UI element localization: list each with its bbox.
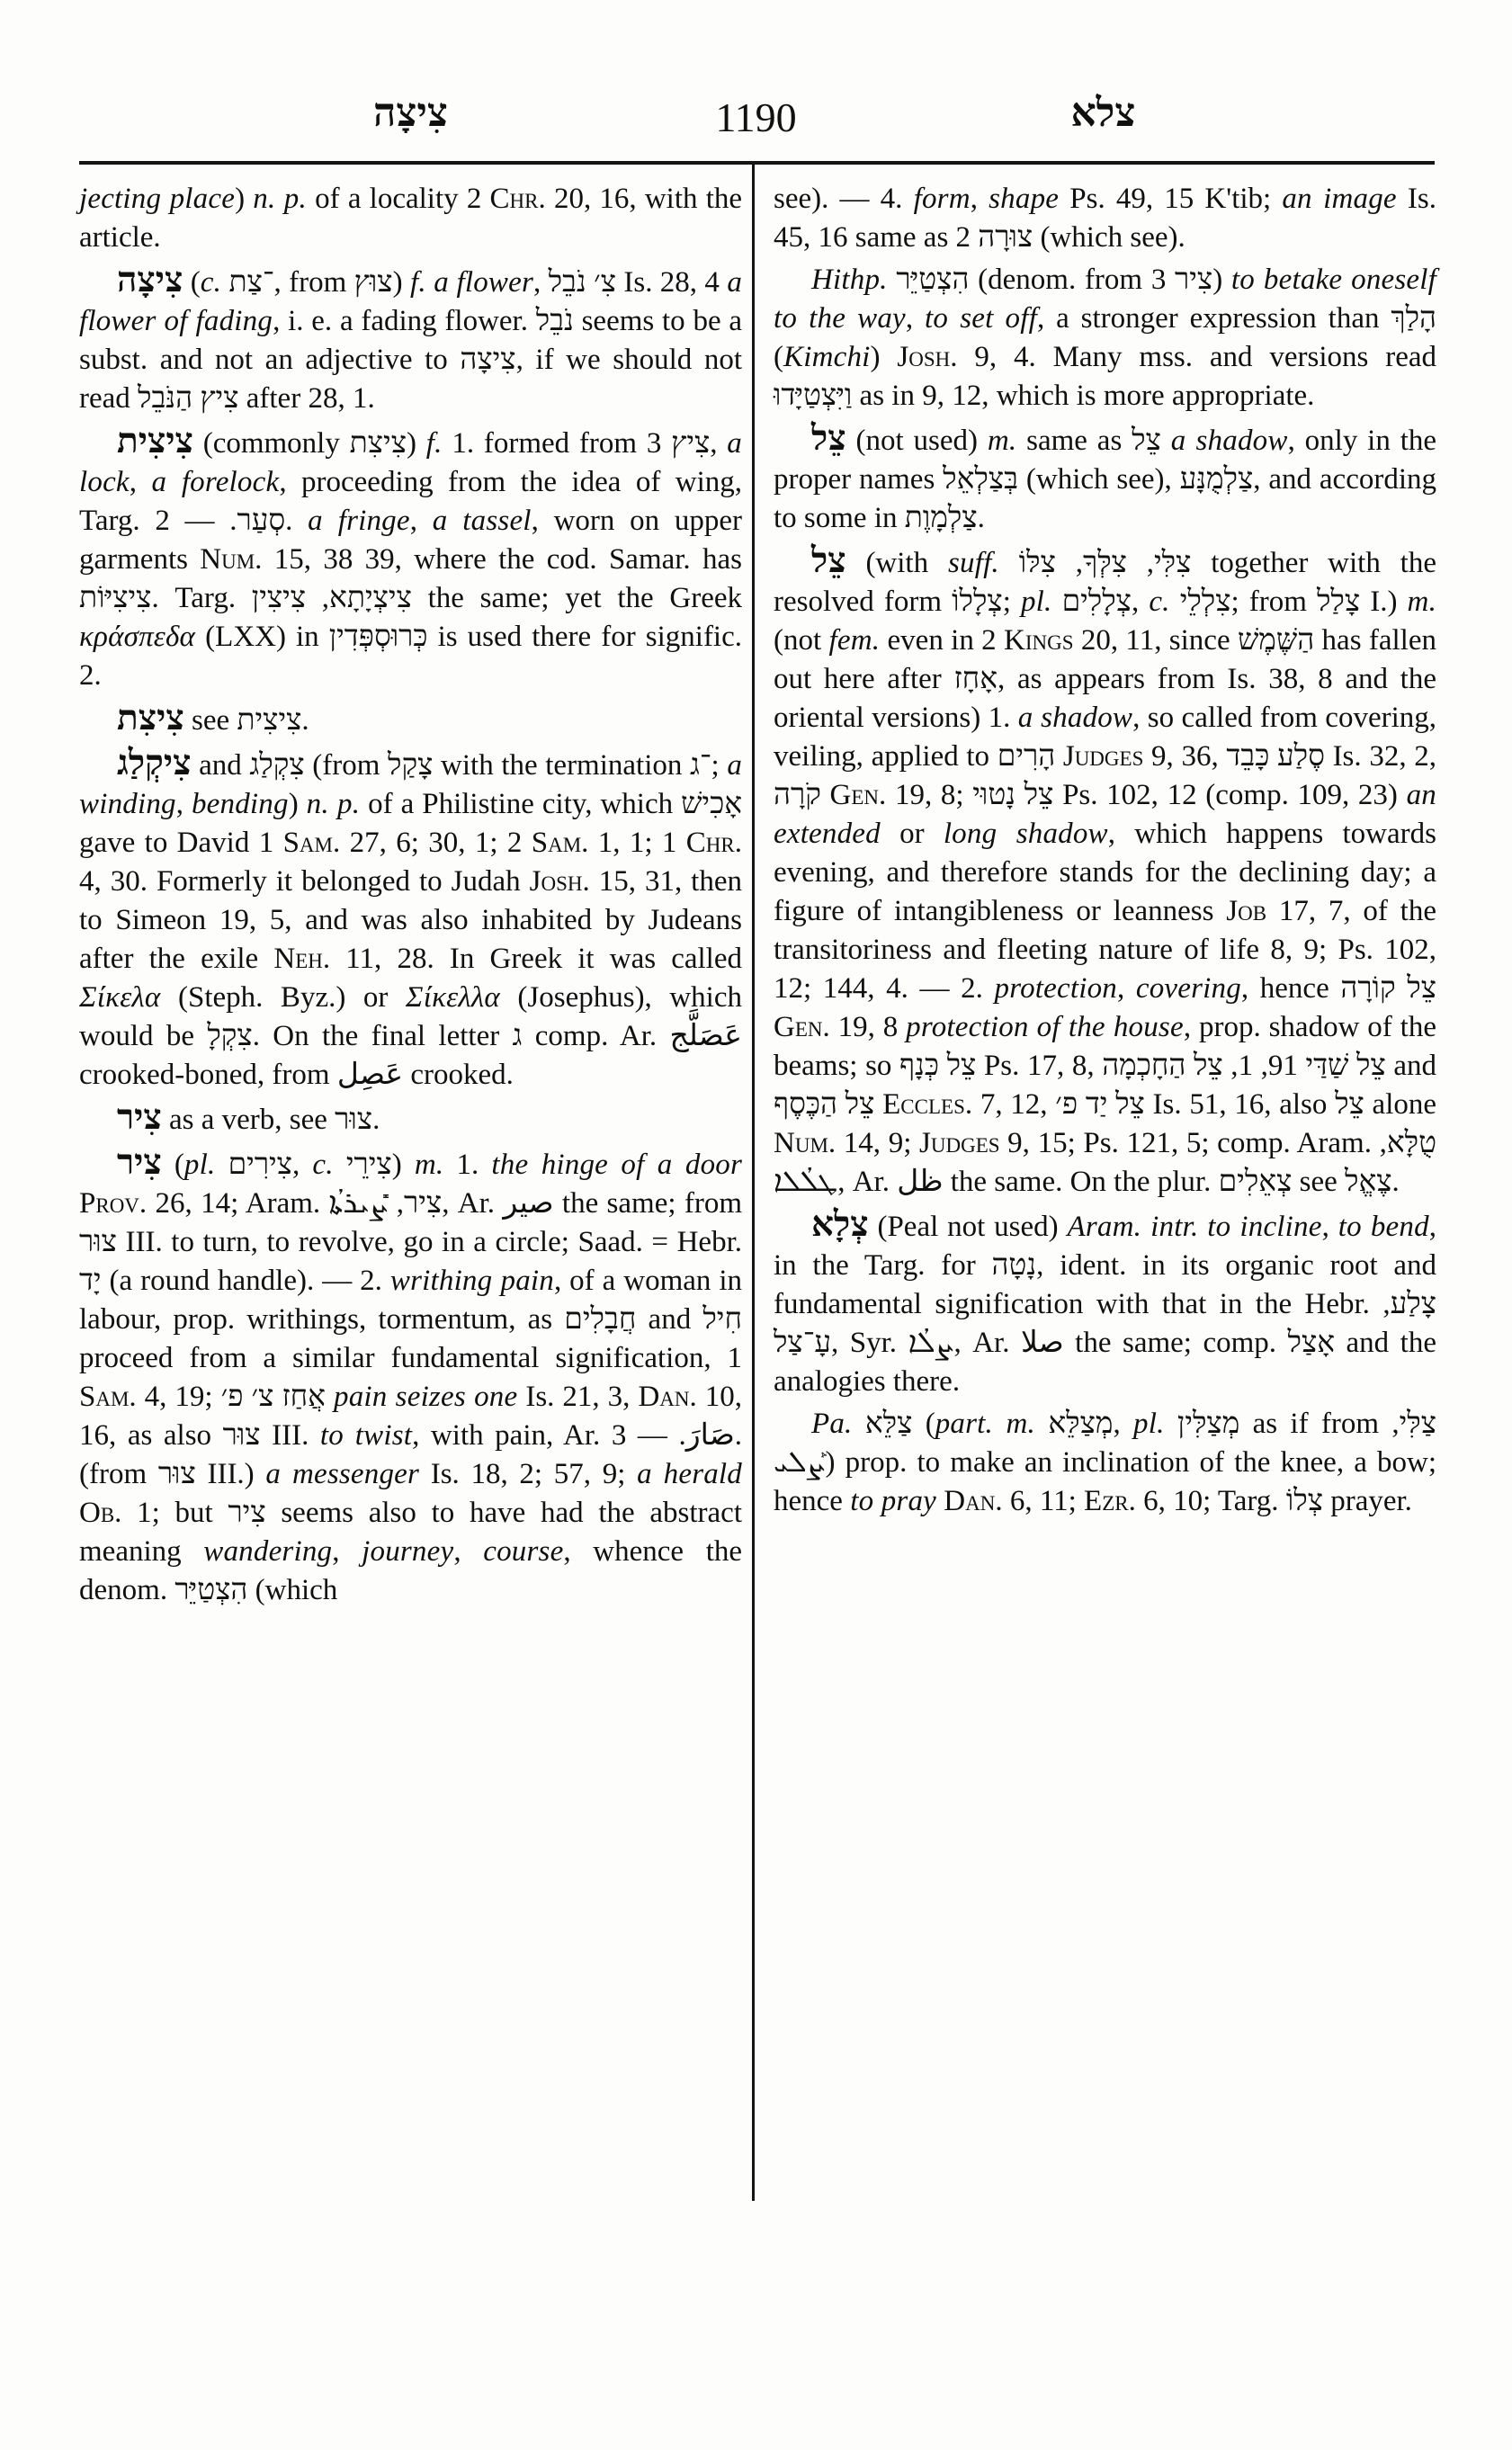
entry-headword: צִיצָה [117, 261, 183, 300]
catchword-right: צלא [772, 94, 1435, 133]
entry-paragraph: צִיקְלַג and צִקְלַג (from צָקַל with th… [79, 744, 742, 1095]
entry-headword: צְלָא [811, 1205, 869, 1244]
entry-paragraph: צֵל (with suff. צִלִּי, צִלְּךָ, צִלּוֹ … [774, 541, 1436, 1202]
entry-headword: צִיר [117, 1143, 162, 1182]
column-left: jecting place) n. p. of a locality 2 Chr… [79, 180, 742, 1610]
entry-headword: צִיר [117, 1098, 162, 1137]
dictionary-page: צִיצָה 1190 צלא jecting place) n. p. of … [0, 0, 1512, 2450]
header-rule [79, 161, 1435, 165]
entry-headword: צֵל [811, 419, 846, 458]
entry-paragraph: Hithp. הִצְטַיֵּר (denom. from צִיר 3) t… [774, 261, 1436, 416]
entry-headword: צֵל [811, 541, 846, 580]
entry-paragraph: צִיר (pl. צִירִים, c. צִירֵי) m. 1. the … [79, 1143, 742, 1610]
entry-headword: צִיצִית [117, 422, 193, 460]
column-right: see). — 4. form, shape Ps. 49, 15 K'tib;… [774, 180, 1436, 1521]
entry-paragraph: see). — 4. form, shape Ps. 49, 15 K'tib;… [774, 180, 1436, 257]
entry-headword: צִיקְלַג [117, 744, 191, 782]
entry-paragraph: צִיצִת see צִיצִית. [79, 699, 742, 740]
entry-paragraph: צְלָא (Peal not used) Aram. intr. to inc… [774, 1205, 1436, 1401]
entry-paragraph: צִיצִית (commonly צִיצִת) f. 1. formed f… [79, 422, 742, 695]
entry-paragraph: צֵל (not used) m. same as צֵל a shadow, … [774, 419, 1436, 538]
entry-headword: צִיצִת [117, 699, 184, 738]
entry-paragraph: jecting place) n. p. of a locality 2 Chr… [79, 180, 742, 257]
column-divider-rule [752, 161, 755, 2201]
entry-paragraph: צִיר as a verb, see צוּר. [79, 1098, 742, 1140]
entry-paragraph: צִיצָה (c. ־צַת, from צוּץ) f. a flower,… [79, 261, 742, 418]
entry-paragraph: Pa. צַלֵּא (part. m. מְצַלֵּא, pl. מְצַל… [774, 1405, 1436, 1521]
